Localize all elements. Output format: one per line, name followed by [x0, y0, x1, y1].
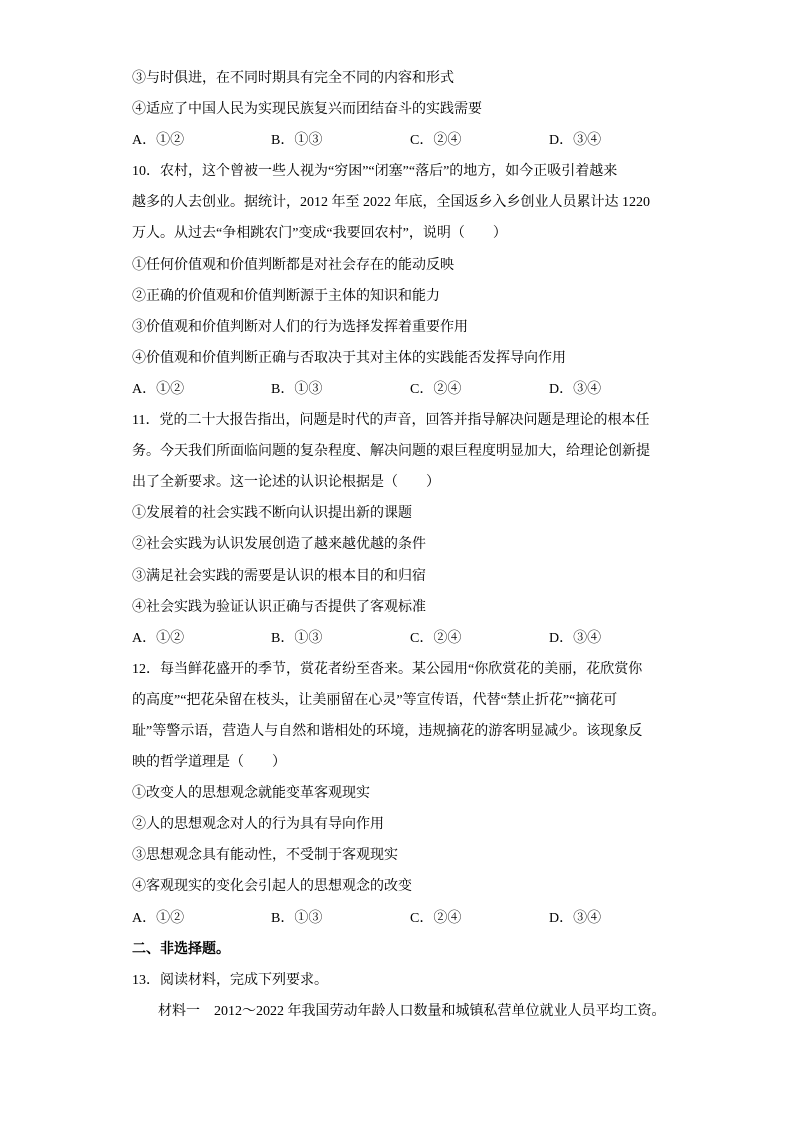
option-c: C．②④ [410, 903, 549, 934]
option-c: C．②④ [410, 623, 549, 654]
text-line: 11．党的二十大报告指出，问题是时代的声音，回答并指导解决问题是理论的根本任 [132, 405, 792, 436]
option-b: B．①③ [271, 903, 410, 934]
option-d: D．③④ [549, 125, 601, 156]
text-line: ③思想观念具有能动性，不受制于客观现实 [132, 840, 792, 871]
text-line: 12．每当鲜花盛开的季节，赏花者纷至沓来。某公园用“你欣赏花的美丽，花欣赏你 [132, 654, 792, 685]
text-line: 的高度”“把花朵留在枝头，让美丽留在心灵”等宣传语，代替“禁止折花”“摘花可 [132, 685, 792, 716]
text-line: ②社会实践为认识发展创造了越来越优越的条件 [132, 529, 792, 560]
text-line: 万人。从过去“争相跳农门”变成“我要回农村”，说明（ ） [132, 218, 792, 249]
text-line: ②人的思想观念对人的行为具有导向作用 [132, 809, 792, 840]
option-a: A．①② [132, 903, 271, 934]
text-line: 务。今天我们所面临问题的复杂程度、解决问题的艰巨程度明显加大，给理论创新提 [132, 436, 792, 467]
answer-options-row: A．①②B．①③C．②④D．③④ [132, 374, 792, 405]
option-d: D．③④ [549, 623, 601, 654]
option-a: A．①② [132, 374, 271, 405]
text-line: 越多的人去创业。据统计，2012 年至 2022 年底，全国返乡入乡创业人员累计… [132, 187, 792, 218]
text-line: 出了全新要求。这一论述的认识论根据是（ ） [132, 467, 792, 498]
text-line: ④适应了中国人民为实现民族复兴而团结奋斗的实践需要 [132, 94, 792, 125]
option-c: C．②④ [410, 374, 549, 405]
text-line: ④价值观和价值判断正确与否取决于其对主体的实践能否发挥导向作用 [132, 343, 792, 374]
answer-options-row: A．①②B．①③C．②④D．③④ [132, 623, 792, 654]
text-line: ①改变人的思想观念就能变革客观现实 [132, 778, 792, 809]
text-line: 13．阅读材料，完成下列要求。 [132, 965, 792, 996]
text-line: ④社会实践为验证认识正确与否提供了客观标准 [132, 592, 792, 623]
exam-page: ③与时俱进，在不同时期具有完全不同的内容和形式④适应了中国人民为实现民族复兴而团… [0, 0, 794, 1123]
answer-options-row: A．①②B．①③C．②④D．③④ [132, 903, 792, 934]
text-line: ③满足社会实践的需要是认识的根本目的和归宿 [132, 561, 792, 592]
document-body: ③与时俱进，在不同时期具有完全不同的内容和形式④适应了中国人民为实现民族复兴而团… [132, 63, 792, 1027]
text-line: ③与时俱进，在不同时期具有完全不同的内容和形式 [132, 63, 792, 94]
option-a: A．①② [132, 623, 271, 654]
option-c: C．②④ [410, 125, 549, 156]
text-line: 材料一 2012～2022 年我国劳动年龄人口数量和城镇私营单位就业人员平均工资… [132, 996, 792, 1027]
answer-options-row: A．①②B．①③C．②④D．③④ [132, 125, 792, 156]
text-line: 10．农村，这个曾被一些人视为“穷困”“闭塞”“落后”的地方，如今正吸引着越来 [132, 156, 792, 187]
option-b: B．①③ [271, 623, 410, 654]
option-d: D．③④ [549, 903, 601, 934]
text-line: ①发展着的社会实践不断向认识提出新的课题 [132, 498, 792, 529]
option-b: B．①③ [271, 374, 410, 405]
text-line: ②正确的价值观和价值判断源于主体的知识和能力 [132, 281, 792, 312]
option-d: D．③④ [549, 374, 601, 405]
text-line: ④客观现实的变化会引起人的思想观念的改变 [132, 871, 792, 902]
text-line: 耻”等警示语，营造人与自然和谐相处的环境，违规摘花的游客明显减少。该现象反 [132, 716, 792, 747]
text-line: 映的哲学道理是（ ） [132, 747, 792, 778]
section-heading: 二、非选择题。 [132, 934, 792, 965]
option-a: A．①② [132, 125, 271, 156]
text-line: ①任何价值观和价值判断都是对社会存在的能动反映 [132, 250, 792, 281]
option-b: B．①③ [271, 125, 410, 156]
text-line: ③价值观和价值判断对人们的行为选择发挥着重要作用 [132, 312, 792, 343]
